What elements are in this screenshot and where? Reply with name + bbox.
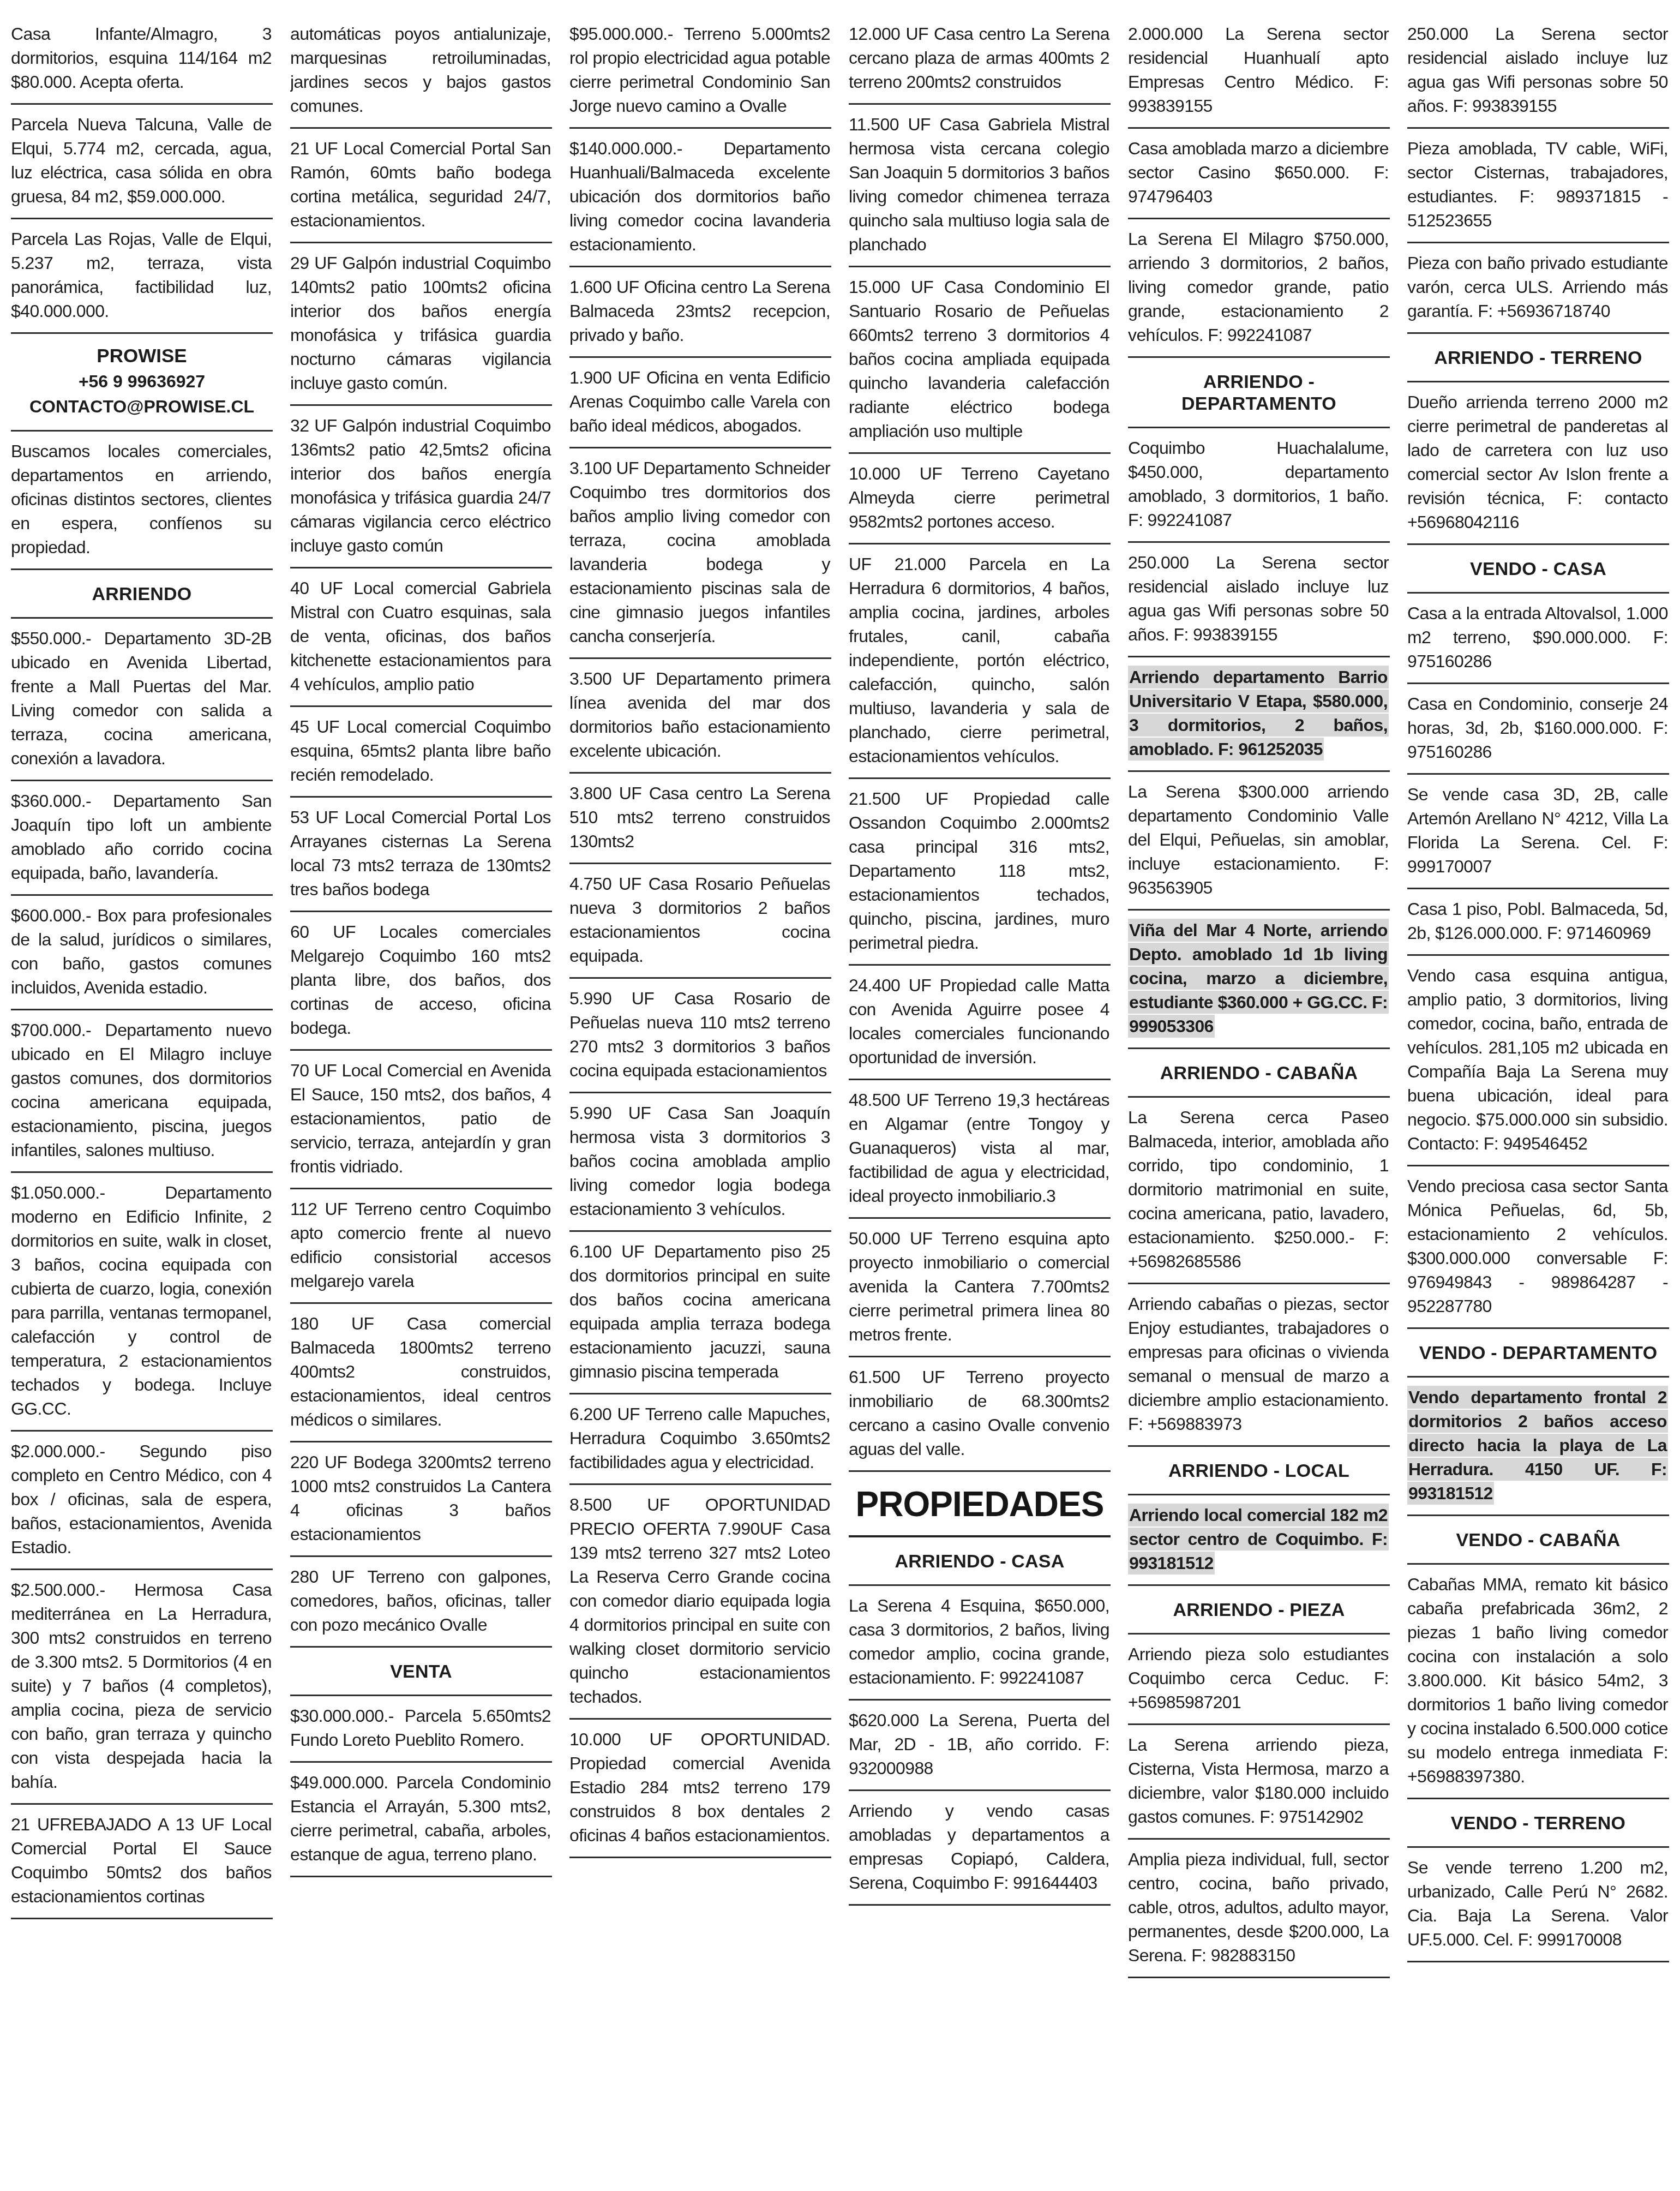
classified-ad: 280 UF Terreno con galpones, comedores, … — [290, 1557, 552, 1648]
classified-ad: La Serena 4 Esquina, $650.000, casa 3 do… — [849, 1586, 1111, 1701]
classified-ad: Dueño arrienda terreno 2000 m2 cierre pe… — [1407, 382, 1669, 545]
classified-ad: 11.500 UF Casa Gabriela Mistral hermosa … — [849, 105, 1111, 267]
section-header: VENDO - CASA — [1407, 545, 1669, 594]
classified-ad: Coquimbo Huachalalume, $450.000, departa… — [1128, 428, 1390, 543]
page-section-title: PROPIEDADES — [849, 1472, 1111, 1537]
classified-ad-text: 29 UF Galpón industrial Coquimbo 140mts2… — [290, 253, 551, 393]
classified-ad: La Serena arriendo pieza, Cisterna, Vist… — [1128, 1725, 1390, 1840]
classified-ad: 45 UF Local comercial Coquimbo esquina, … — [290, 707, 552, 798]
classified-ad: Vendo casa esquina antigua, amplio patio… — [1407, 956, 1669, 1166]
section-header: ARRIENDO - CASA — [849, 1537, 1111, 1586]
classified-ad: 21 UFREBAJADO A 13 UF Local Comercial Po… — [11, 1805, 273, 1919]
section-header: VENDO - TERRENO — [1407, 1799, 1669, 1848]
classified-ad: Se vende casa 3D, 2B, calle Artemón Arel… — [1407, 775, 1669, 889]
classified-ad: UF 21.000 Parcela en La Herradura 6 dorm… — [849, 544, 1111, 779]
classified-ad-text: 12.000 UF Casa centro La Serena cercano … — [849, 24, 1109, 92]
classified-ad-text: 112 UF Terreno centro Coquimbo apto come… — [290, 1199, 551, 1291]
classified-ad: La Serena cerca Paseo Balmaceda, interio… — [1128, 1098, 1390, 1284]
classified-ad-text: 10.000 UF Terreno Cayetano Almeyda cierr… — [849, 464, 1109, 531]
classified-ad-text: Casa a la entrada Altovalsol, 1.000 m2 t… — [1407, 603, 1668, 671]
classified-ad: $550.000.- Departamento 3D-2B ubicado en… — [11, 619, 273, 781]
classified-ad-text: 70 UF Local Comercial en Avenida El Sauc… — [290, 1061, 551, 1176]
classified-ad-text: 5.990 UF Casa Rosario de Peñuelas nueva … — [569, 989, 830, 1080]
classified-ad: 40 UF Local comercial Gabriela Mistral c… — [290, 568, 552, 707]
classified-ad-text: Casa 1 piso, Pobl. Balmaceda, 5d, 2b, $1… — [1407, 899, 1668, 943]
classified-ad: Casa amoblada marzo a diciembre sector C… — [1128, 129, 1390, 219]
classified-ad-text: La Serena arriendo pieza, Cisterna, Vist… — [1128, 1735, 1389, 1827]
classified-ad: 60 UF Locales comerciales Melgarejo Coqu… — [290, 912, 552, 1051]
classified-ad: 21.500 UF Propiedad calle Ossandon Coqui… — [849, 779, 1111, 966]
classified-ad: $49.000.000. Parcela Condominio Estancia… — [290, 1763, 552, 1877]
classified-ad-text: $600.000.- Box para profesionales de la … — [11, 906, 272, 997]
classified-ad: La Serena $300.000 arriendo departamento… — [1128, 772, 1390, 911]
classified-ad: 48.500 UF Terreno 19,3 hectáreas en Alga… — [849, 1080, 1111, 1219]
classified-ad-text: Pieza amoblada, TV cable, WiFi, sector C… — [1407, 139, 1668, 230]
classified-ad-highlighted: Vendo departamento frontal 2 dormitorios… — [1407, 1378, 1669, 1516]
classified-ad: $30.000.000.- Parcela 5.650mts2 Fundo Lo… — [290, 1696, 552, 1763]
column-3: $95.000.000.- Terreno 5.000mts2 rol prop… — [569, 14, 831, 2191]
classified-ad: 53 UF Local Comercial Portal Los Arrayan… — [290, 798, 552, 912]
classified-ad-text: La Serena $300.000 arriendo departamento… — [1128, 782, 1389, 897]
classified-ad-text: automáticas poyos antialunizaje, marques… — [290, 24, 551, 116]
classified-ad-text: 32 UF Galpón industrial Coquimbo 136mts2… — [290, 416, 551, 555]
classified-ad: 70 UF Local Comercial en Avenida El Sauc… — [290, 1051, 552, 1189]
classified-ad-text: 21.500 UF Propiedad calle Ossandon Coqui… — [849, 789, 1109, 953]
classified-ad-text: Arriendo local comercial 182 m2 sector c… — [1128, 1504, 1389, 1575]
classified-ad-text: Arriendo pieza solo estudiantes Coquimbo… — [1128, 1644, 1389, 1712]
classified-ad-text: 280 UF Terreno con galpones, comedores, … — [290, 1567, 551, 1635]
classified-ad: 8.500 UF OPORTUNIDAD PRECIO OFERTA 7.990… — [569, 1485, 831, 1720]
classified-ad: Cabañas MMA, remato kit básico cabaña pr… — [1407, 1565, 1669, 1799]
classified-ad-text: 40 UF Local comercial Gabriela Mistral c… — [290, 578, 551, 694]
classified-ad-text: Parcela Las Rojas, Valle de Elqui, 5.237… — [11, 229, 272, 321]
classified-ad: 3.800 UF Casa centro La Serena 510 mts2 … — [569, 774, 831, 864]
classified-ad-text: 5.990 UF Casa San Joaquín hermosa vista … — [569, 1103, 830, 1219]
classified-ad-text: $2.000.000.- Segundo piso completo en Ce… — [11, 1441, 272, 1557]
classified-ad-text: 3.100 UF Departamento Schneider Coquimbo… — [569, 458, 830, 646]
classified-ad: Se vende terreno 1.200 m2, urbanizado, C… — [1407, 1848, 1669, 1962]
classified-ad-text: Se vende casa 3D, 2B, calle Artemón Arel… — [1407, 785, 1668, 876]
classified-ad: 10.000 UF OPORTUNIDAD. Propiedad comerci… — [569, 1720, 831, 1858]
classified-ad-text: 2.000.000 La Serena sector residencial H… — [1128, 24, 1389, 116]
classified-ad-highlighted: Viña del Mar 4 Norte, arriendo Depto. am… — [1128, 911, 1390, 1049]
classified-ad: Arriendo pieza solo estudiantes Coquimbo… — [1128, 1635, 1390, 1725]
classified-ad-text: $2.500.000.- Hermosa Casa mediterránea e… — [11, 1580, 272, 1792]
classified-ad-text: 53 UF Local Comercial Portal Los Arrayan… — [290, 807, 551, 899]
classified-ad-text: Coquimbo Huachalalume, $450.000, departa… — [1128, 438, 1389, 530]
classified-ad: 5.990 UF Casa San Joaquín hermosa vista … — [569, 1093, 831, 1232]
classified-ad-text: 3.500 UF Departamento primera línea aven… — [569, 669, 830, 761]
classified-ad-text: 250.000 La Serena sector residencial ais… — [1407, 24, 1668, 116]
classified-ad-text: 8.500 UF OPORTUNIDAD PRECIO OFERTA 7.990… — [569, 1495, 830, 1707]
classified-ad-text: $140.000.000.- Departamento Huanhuali/Ba… — [569, 139, 830, 254]
column-4: 12.000 UF Casa centro La Serena cercano … — [849, 14, 1111, 2191]
classified-ad-text: Arriendo cabañas o piezas, sector Enjoy … — [1128, 1294, 1389, 1434]
classified-ad: Arriendo cabañas o piezas, sector Enjoy … — [1128, 1284, 1390, 1447]
classified-ad: Buscamos locales comerciales, departamen… — [11, 432, 273, 570]
classified-ad-text: 50.000 UF Terreno esquina apto proyecto … — [849, 1229, 1109, 1344]
classified-ad-text: Dueño arrienda terreno 2000 m2 cierre pe… — [1407, 392, 1668, 532]
classified-ad-text: 45 UF Local comercial Coquimbo esquina, … — [290, 717, 551, 785]
classified-ad: 5.990 UF Casa Rosario de Peñuelas nueva … — [569, 979, 831, 1093]
classified-ad-text: 250.000 La Serena sector residencial ais… — [1128, 553, 1389, 644]
classified-ad: 32 UF Galpón industrial Coquimbo 136mts2… — [290, 406, 552, 568]
classified-ad: 24.400 UF Propiedad calle Matta con Aven… — [849, 966, 1111, 1080]
classified-ad: $2.500.000.- Hermosa Casa mediterránea e… — [11, 1570, 273, 1805]
classified-ad: 250.000 La Serena sector residencial ais… — [1407, 14, 1669, 129]
classified-ad-text: $49.000.000. Parcela Condominio Estancia… — [290, 1773, 551, 1864]
classified-ad: 12.000 UF Casa centro La Serena cercano … — [849, 14, 1111, 105]
classified-ad: Casa a la entrada Altovalsol, 1.000 m2 t… — [1407, 594, 1669, 684]
classified-ad: 112 UF Terreno centro Coquimbo apto come… — [290, 1189, 552, 1304]
classified-ad-highlighted: Arriendo departamento Barrio Universitar… — [1128, 657, 1390, 772]
section-header: ARRIENDO - PIEZA — [1128, 1586, 1390, 1635]
classified-ad-text: 1.600 UF Oficina centro La Serena Balmac… — [569, 277, 830, 345]
classified-ad-text: Amplia pieza individual, full, sector ce… — [1128, 1849, 1389, 1965]
classified-ad-text: $95.000.000.- Terreno 5.000mts2 rol prop… — [569, 24, 830, 116]
section-header: ARRIENDO - CABAÑA — [1128, 1049, 1390, 1098]
classified-ad-text: 4.750 UF Casa Rosario Peñuelas nueva 3 d… — [569, 874, 830, 966]
column-6: 250.000 La Serena sector residencial ais… — [1407, 14, 1669, 2191]
classified-ad: $2.000.000.- Segundo piso completo en Ce… — [11, 1432, 273, 1570]
section-header: ARRIENDO — [11, 570, 273, 619]
classified-ad: 50.000 UF Terreno esquina apto proyecto … — [849, 1219, 1111, 1357]
classified-ad-text: La Serena cerca Paseo Balmaceda, interio… — [1128, 1108, 1389, 1271]
classified-ad-text: 1.900 UF Oficina en venta Edificio Arena… — [569, 368, 830, 435]
classified-ad: La Serena El Milagro $750.000, arriendo … — [1128, 219, 1390, 358]
classified-ad: 10.000 UF Terreno Cayetano Almeyda cierr… — [849, 454, 1111, 544]
classified-ad-text: Viña del Mar 4 Norte, arriendo Depto. am… — [1128, 919, 1389, 1038]
classified-ad-text: Vendo departamento frontal 2 dormitorios… — [1407, 1386, 1668, 1505]
classified-ad: 29 UF Galpón industrial Coquimbo 140mts2… — [290, 243, 552, 406]
classified-ad-text: Vendo casa esquina antigua, amplio patio… — [1407, 966, 1668, 1153]
classified-ad-text: Se vende terreno 1.200 m2, urbanizado, C… — [1407, 1858, 1668, 1949]
classified-ad: Arriendo y vendo casas amobladas y depar… — [849, 1791, 1111, 1906]
classified-ad-text: 220 UF Bodega 3200mts2 terreno 1000 mts2… — [290, 1452, 551, 1544]
classified-ad-text: 180 UF Casa comercial Balmaceda 1800mts2… — [290, 1314, 551, 1429]
classified-ad: $600.000.- Box para profesionales de la … — [11, 896, 273, 1010]
classified-ad: 15.000 UF Casa Condominio El Santuario R… — [849, 267, 1111, 454]
classified-ad-text: $620.000 La Serena, Puerta del Mar, 2D -… — [849, 1710, 1109, 1778]
classified-ad: $1.050.000.- Departamento moderno en Edi… — [11, 1173, 273, 1432]
classified-ad-text: 3.800 UF Casa centro La Serena 510 mts2 … — [569, 783, 830, 851]
classified-ad-text: 6.200 UF Terreno calle Mapuches, Herradu… — [569, 1404, 830, 1472]
classified-ad: Casa en Condominio, conserje 24 horas, 3… — [1407, 684, 1669, 775]
classified-ad-text: Pieza con baño privado estudiante varón,… — [1407, 253, 1668, 321]
classified-ad: 180 UF Casa comercial Balmaceda 1800mts2… — [290, 1304, 552, 1442]
classified-ad: $140.000.000.- Departamento Huanhuali/Ba… — [569, 129, 831, 267]
classified-ad-text: 10.000 UF OPORTUNIDAD. Propiedad comerci… — [569, 1729, 830, 1845]
classified-ad: 1.600 UF Oficina centro La Serena Balmac… — [569, 267, 831, 358]
classified-ad-text: 15.000 UF Casa Condominio El Santuario R… — [849, 277, 1109, 441]
classified-ad: $360.000.- Departamento San Joaquín tipo… — [11, 781, 273, 896]
classified-ad: Vendo preciosa casa sector Santa Mónica … — [1407, 1166, 1669, 1329]
classified-ad: automáticas poyos antialunizaje, marques… — [290, 14, 552, 129]
column-2: automáticas poyos antialunizaje, marques… — [290, 14, 552, 2191]
classified-ad-text: La Serena 4 Esquina, $650.000, casa 3 do… — [849, 1596, 1109, 1687]
section-header: VENDO - DEPARTAMENTO — [1407, 1329, 1669, 1378]
classified-ad-text: Arriendo departamento Barrio Universitar… — [1128, 666, 1389, 761]
classified-ad-text: $1.050.000.- Departamento moderno en Edi… — [11, 1183, 272, 1418]
classified-ad-text: UF 21.000 Parcela en La Herradura 6 dorm… — [849, 554, 1109, 766]
classified-ad: Amplia pieza individual, full, sector ce… — [1128, 1840, 1390, 1978]
classified-ad: $620.000 La Serena, Puerta del Mar, 2D -… — [849, 1701, 1111, 1791]
classified-ad-text: Casa en Condominio, conserje 24 horas, 3… — [1407, 694, 1668, 762]
classified-ad-text: Cabañas MMA, remato kit básico cabaña pr… — [1407, 1575, 1668, 1786]
classified-ad: Pieza con baño privado estudiante varón,… — [1407, 243, 1669, 334]
classified-ad-text: $700.000.- Departamento nuevo ubicado en… — [11, 1020, 272, 1160]
classified-ad: 2.000.000 La Serena sector residencial H… — [1128, 14, 1390, 129]
classified-ad: Casa Infante/Almagro, 3 dormitorios, esq… — [11, 14, 273, 105]
classified-ad: 21 UF Local Comercial Portal San Ramón, … — [290, 129, 552, 243]
classified-ad-text: La Serena El Milagro $750.000, arriendo … — [1128, 229, 1389, 345]
classified-ad-text: Casa amoblada marzo a diciembre sector C… — [1128, 139, 1389, 206]
classified-ad: 6.200 UF Terreno calle Mapuches, Herradu… — [569, 1394, 831, 1485]
classified-ad: $700.000.- Departamento nuevo ubicado en… — [11, 1010, 273, 1173]
classified-ad-text: $30.000.000.- Parcela 5.650mts2 Fundo Lo… — [290, 1706, 551, 1750]
section-header: VENDO - CABAÑA — [1407, 1516, 1669, 1565]
agency-contact-block: PROWISE+56 9 99636927CONTACTO@PROWISE.CL — [11, 334, 273, 432]
classified-ad-text: 11.500 UF Casa Gabriela Mistral hermosa … — [849, 115, 1109, 254]
section-header: ARRIENDO - DEPARTAMENTO — [1128, 358, 1390, 428]
classified-ad-text: Buscamos locales comerciales, departamen… — [11, 441, 272, 557]
section-header: ARRIENDO - LOCAL — [1128, 1447, 1390, 1495]
classified-ad: Parcela Las Rojas, Valle de Elqui, 5.237… — [11, 219, 273, 334]
classified-ad: 1.900 UF Oficina en venta Edificio Arena… — [569, 358, 831, 448]
classified-ad: Parcela Nueva Talcuna, Valle de Elqui, 5… — [11, 105, 273, 219]
agency-email: CONTACTO@PROWISE.CL — [11, 394, 273, 419]
classified-ad: Casa 1 piso, Pobl. Balmaceda, 5d, 2b, $1… — [1407, 889, 1669, 956]
classified-ad-text: 61.500 UF Terreno proyecto inmobiliario … — [849, 1367, 1109, 1459]
column-5: 2.000.000 La Serena sector residencial H… — [1128, 14, 1390, 2191]
classified-ad-text: 21 UFREBAJADO A 13 UF Local Comercial Po… — [11, 1815, 272, 1906]
classified-ad-text: Casa Infante/Almagro, 3 dormitorios, esq… — [11, 24, 272, 92]
classified-ad: 250.000 La Serena sector residencial ais… — [1128, 543, 1390, 657]
classified-ad-text: 24.400 UF Propiedad calle Matta con Aven… — [849, 975, 1109, 1067]
classified-ad: $95.000.000.- Terreno 5.000mts2 rol prop… — [569, 14, 831, 129]
classified-ad-text: $360.000.- Departamento San Joaquín tipo… — [11, 791, 272, 883]
classified-ad: 3.500 UF Departamento primera línea aven… — [569, 659, 831, 774]
page: Casa Infante/Almagro, 3 dormitorios, esq… — [0, 0, 1680, 2191]
column-1: Casa Infante/Almagro, 3 dormitorios, esq… — [11, 14, 273, 2191]
classified-ad-text: Parcela Nueva Talcuna, Valle de Elqui, 5… — [11, 115, 272, 206]
classified-ad-text: $550.000.- Departamento 3D-2B ubicado en… — [11, 628, 272, 768]
agency-phone: +56 9 99636927 — [11, 369, 273, 394]
classified-ad-text: 60 UF Locales comerciales Melgarejo Coqu… — [290, 922, 551, 1038]
agency-name: PROWISE — [11, 344, 273, 369]
classified-ad-text: 21 UF Local Comercial Portal San Ramón, … — [290, 139, 551, 230]
section-header: VENTA — [290, 1648, 552, 1696]
classified-ad: Pieza amoblada, TV cable, WiFi, sector C… — [1407, 129, 1669, 243]
classified-ad: 61.500 UF Terreno proyecto inmobiliario … — [849, 1357, 1111, 1472]
classified-ad-text: 48.500 UF Terreno 19,3 hectáreas en Alga… — [849, 1090, 1109, 1206]
classified-ad: 3.100 UF Departamento Schneider Coquimbo… — [569, 448, 831, 659]
classified-ad-text: 6.100 UF Departamento piso 25 dos dormit… — [569, 1242, 830, 1381]
classified-ad-text: Vendo preciosa casa sector Santa Mónica … — [1407, 1176, 1668, 1316]
classified-ad: 220 UF Bodega 3200mts2 terreno 1000 mts2… — [290, 1442, 552, 1557]
section-header: ARRIENDO - TERRENO — [1407, 334, 1669, 382]
classified-ad-text: Arriendo y vendo casas amobladas y depar… — [849, 1801, 1109, 1893]
classified-ad: 4.750 UF Casa Rosario Peñuelas nueva 3 d… — [569, 864, 831, 979]
classified-ad: 6.100 UF Departamento piso 25 dos dormit… — [569, 1232, 831, 1394]
classified-ad-highlighted: Arriendo local comercial 182 m2 sector c… — [1128, 1495, 1390, 1586]
